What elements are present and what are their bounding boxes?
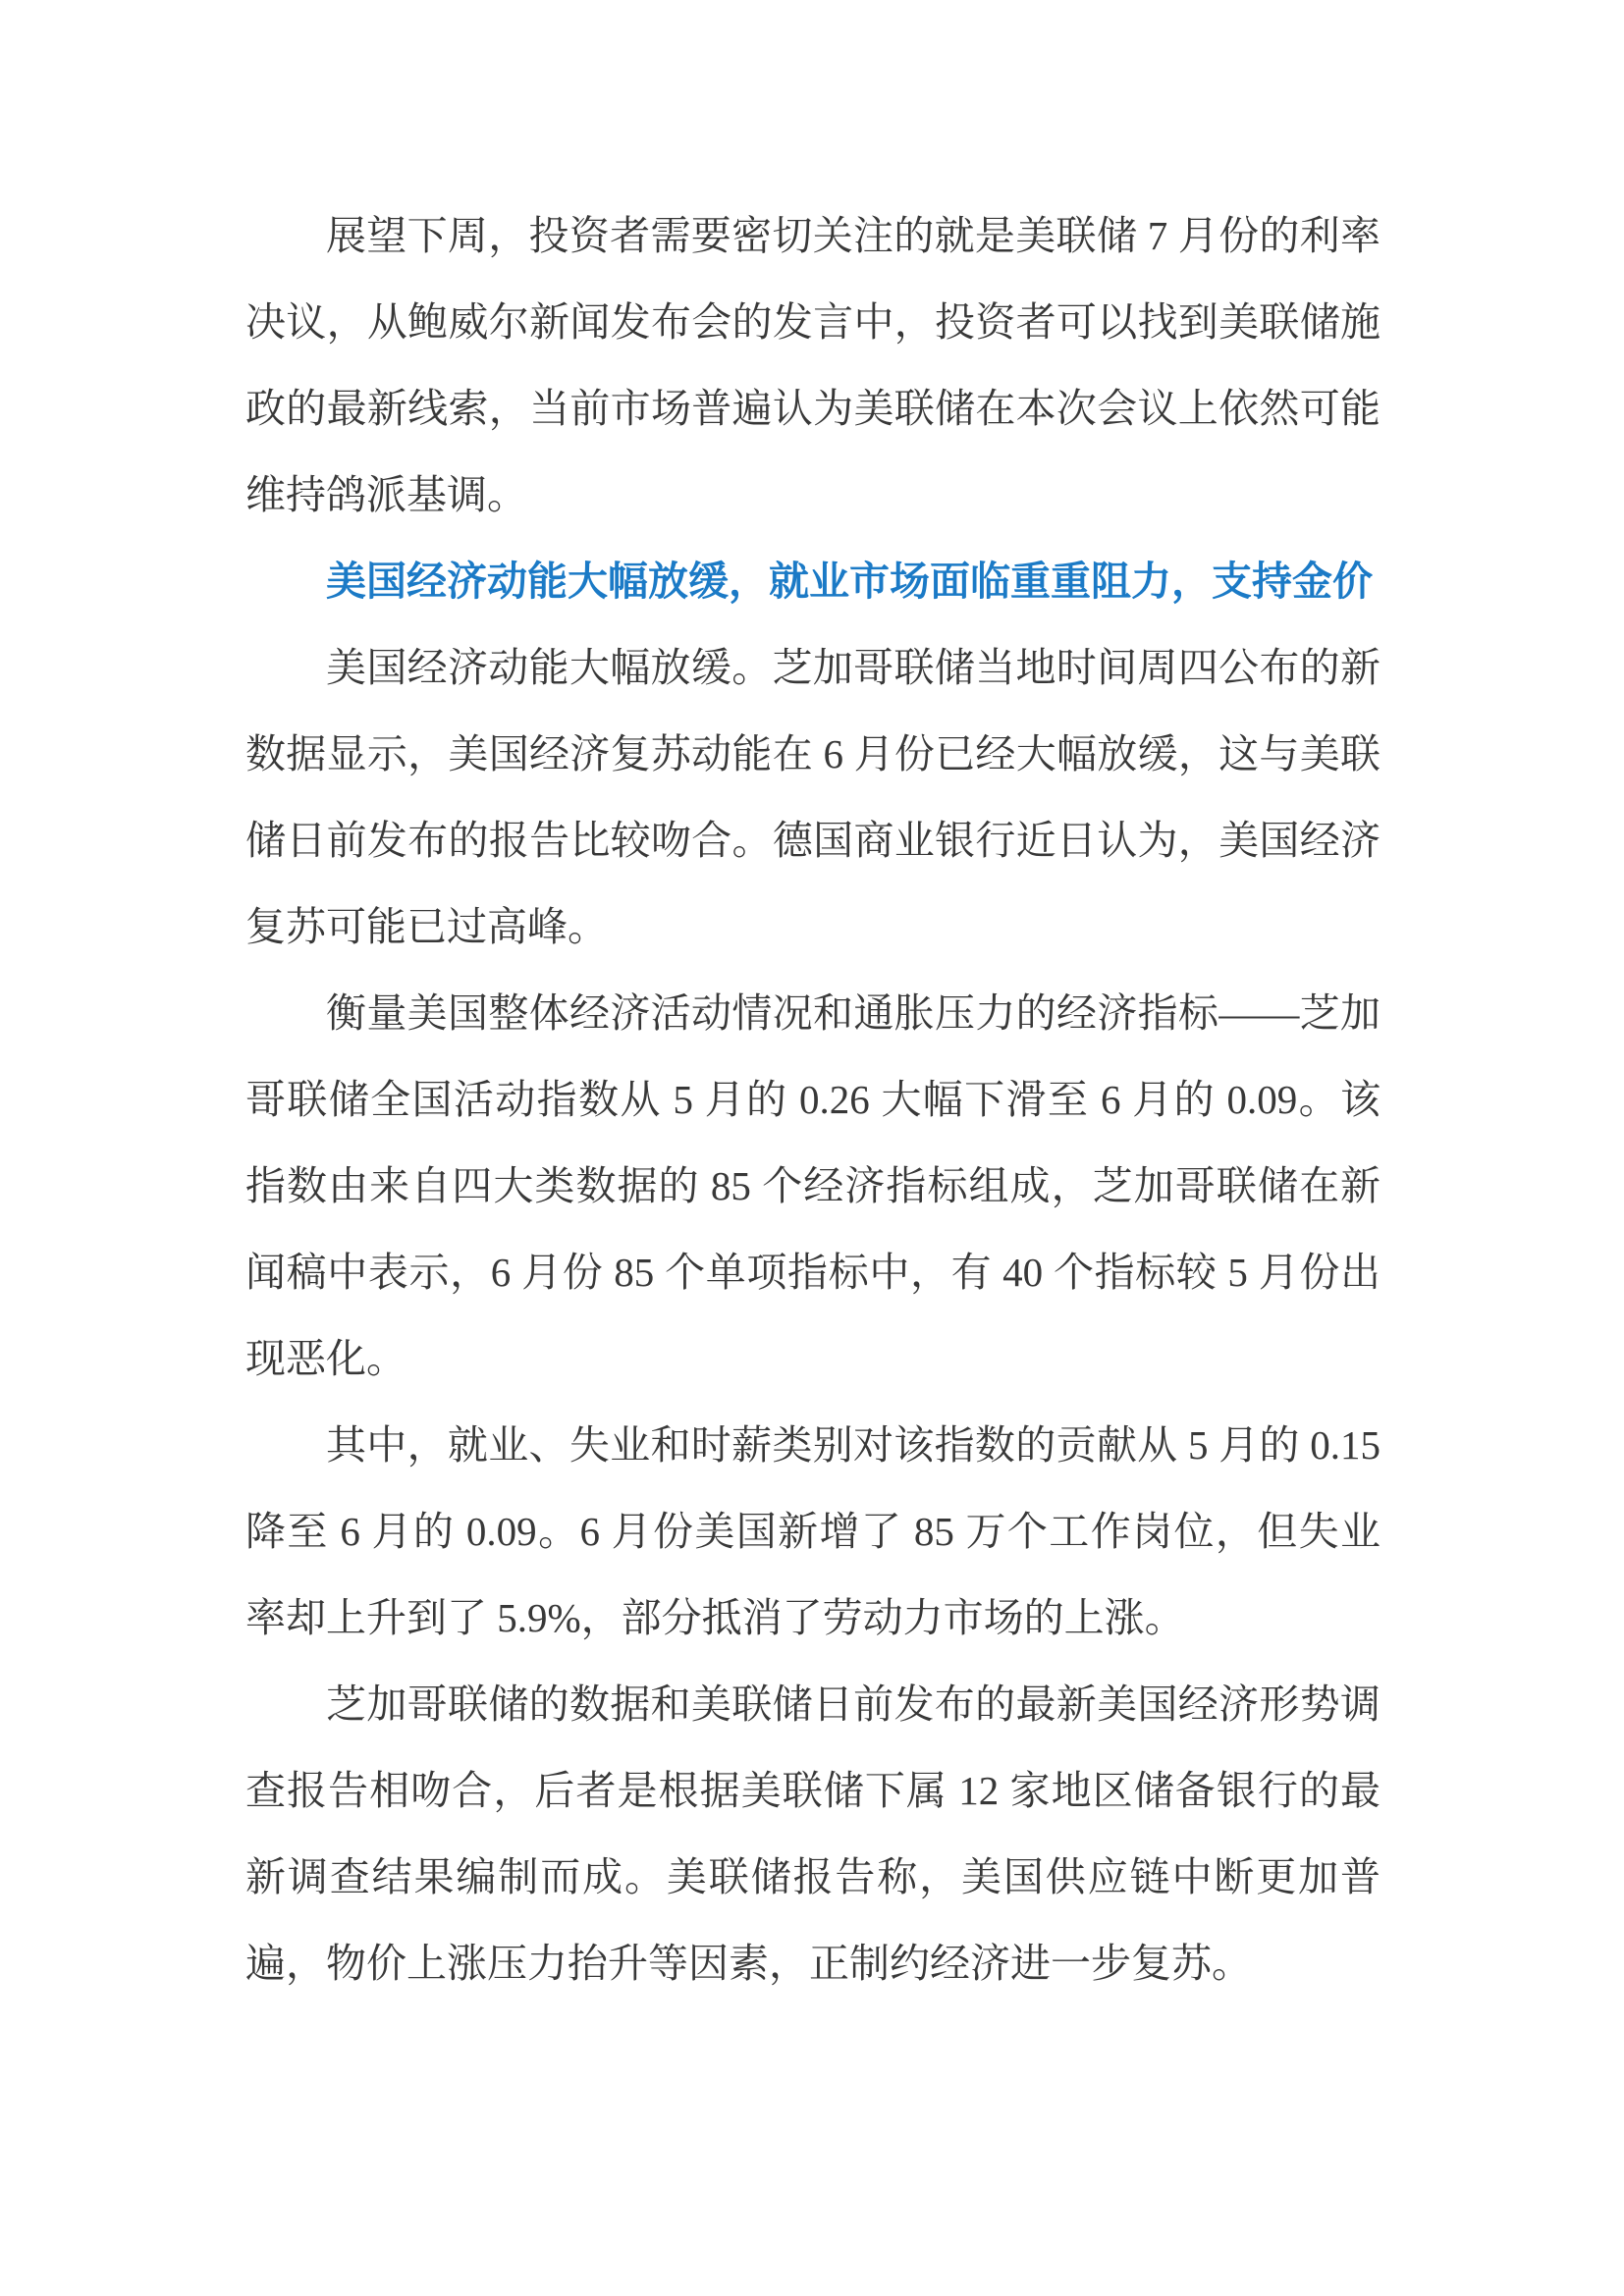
paragraph: 其中，就业、失业和时薪类别对该指数的贡献从 5 月的 0.15 降至 6 月的 … (245, 1402, 1380, 1661)
document-page: 展望下周，投资者需要密切关注的就是美联储 7 月份的利率决议，从鲍威尔新闻发布会… (0, 0, 1624, 2296)
paragraph: 芝加哥联储的数据和美联储日前发布的最新美国经济形势调查报告相吻合，后者是根据美联… (245, 1661, 1380, 2006)
document-content: 展望下周，投资者需要密切关注的就是美联储 7 月份的利率决议，从鲍威尔新闻发布会… (0, 0, 1624, 2006)
section-heading: 美国经济动能大幅放缓，就业市场面临重重阻力，支持金价 (245, 538, 1380, 624)
paragraph: 展望下周，投资者需要密切关注的就是美联储 7 月份的利率决议，从鲍威尔新闻发布会… (245, 192, 1380, 538)
paragraph: 衡量美国整体经济活动情况和通胀压力的经济指标——芝加哥联储全国活动指数从 5 月… (245, 970, 1380, 1402)
paragraph: 美国经济动能大幅放缓。芝加哥联储当地时间周四公布的新数据显示，美国经济复苏动能在… (245, 624, 1380, 970)
